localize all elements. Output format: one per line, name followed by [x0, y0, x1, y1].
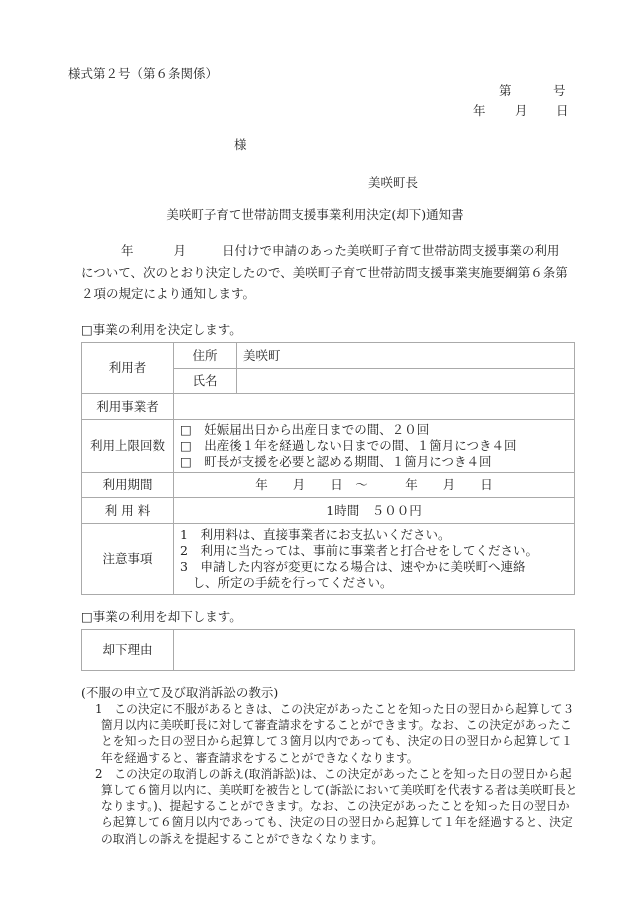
- provider-label: 利用事業者: [82, 394, 174, 420]
- name-field[interactable]: [237, 369, 575, 394]
- appeal-notice: (不服の申立て及び取消訴訟の教示) 1 この決定に不服があるときは、この決定があ…: [81, 685, 581, 847]
- reject-table: 却下理由: [81, 629, 575, 671]
- note-item: 3 申請した内容が変更になる場合は、速やかに美咲町へ連絡: [180, 559, 568, 575]
- date-month: 月: [515, 103, 528, 119]
- form-id: 様式第２号（第６条関係）: [68, 66, 218, 82]
- user-label: 利用者: [82, 343, 174, 394]
- body-date-year: 年: [121, 243, 134, 258]
- body-date-month: 月: [174, 243, 187, 258]
- limit-label: 利用上限回数: [82, 420, 174, 473]
- reason-label: 却下理由: [82, 630, 174, 671]
- fee-value: 1時間 ５００円: [174, 498, 575, 524]
- notes-label: 注意事項: [82, 524, 174, 595]
- limit-option-checkbox[interactable]: □ 町長が支援を必要と認める期間、１箇月につき４回: [180, 454, 568, 470]
- note-item: 1 利用料は、直接事業者にお支払いください。: [180, 527, 568, 543]
- appeal-item: 2 この決定の取消しの訴え(取消訴訟)は、この決定があったことを知った日の翌日か…: [87, 766, 581, 847]
- doc-no-suffix: 号: [553, 83, 566, 99]
- appeal-heading: (不服の申立て及び取消訴訟の教示): [81, 685, 581, 701]
- notes-content: 1 利用料は、直接事業者にお支払いください。 2 利用に当たっては、事前に事業者…: [174, 524, 575, 595]
- issuer: 美咲町長: [368, 175, 418, 191]
- reject-heading: □事業の利用を却下します。: [81, 609, 242, 625]
- reason-field[interactable]: [174, 630, 575, 671]
- limit-options: □ 妊娠届出日から出産日までの間、２０回 □ 出産後１年を経過しない日までの間、…: [174, 420, 575, 473]
- period-field[interactable]: 年 月 日 ～ 年 月 日: [174, 473, 575, 498]
- note-item: し、所定の手続を行ってください。: [180, 575, 568, 591]
- limit-option-checkbox[interactable]: □ 出産後１年を経過しない日までの間、１箇月につき４回: [180, 438, 568, 454]
- name-label: 氏名: [174, 369, 237, 394]
- date-year: 年: [473, 103, 486, 119]
- approve-heading: □事業の利用を決定します。: [81, 322, 242, 338]
- address-field[interactable]: 美咲町: [237, 343, 575, 369]
- document-title: 美咲町子育て世帯訪問支援事業利用決定(却下)通知書: [0, 207, 630, 223]
- appeal-item: 1 この決定に不服があるときは、この決定があったことを知った日の翌日から起算して…: [87, 701, 581, 766]
- period-label: 利用期間: [82, 473, 174, 498]
- fee-label: 利 用 料: [82, 498, 174, 524]
- address-label: 住所: [174, 343, 237, 369]
- addressee-suffix: 様: [234, 137, 247, 153]
- doc-no-prefix: 第: [499, 83, 512, 99]
- provider-field[interactable]: [174, 394, 575, 420]
- date-day: 日: [556, 103, 569, 119]
- note-item: 2 利用に当たっては、事前に事業者と打合せをしてください。: [180, 543, 568, 559]
- body-paragraph: 年月日付けで申請のあった美咲町子育て世帯訪問支援事業の利用について、次のとおり決…: [81, 240, 571, 305]
- approve-table: 利用者 住所 美咲町 氏名 利用事業者 利用上限回数 □ 妊娠届出日から出産日ま…: [81, 342, 575, 595]
- body-text: 日付けで申請のあった美咲町子育て世帯訪問支援事業の利用について、次のとおり決定し…: [81, 243, 568, 301]
- limit-option-checkbox[interactable]: □ 妊娠届出日から出産日までの間、２０回: [180, 422, 568, 438]
